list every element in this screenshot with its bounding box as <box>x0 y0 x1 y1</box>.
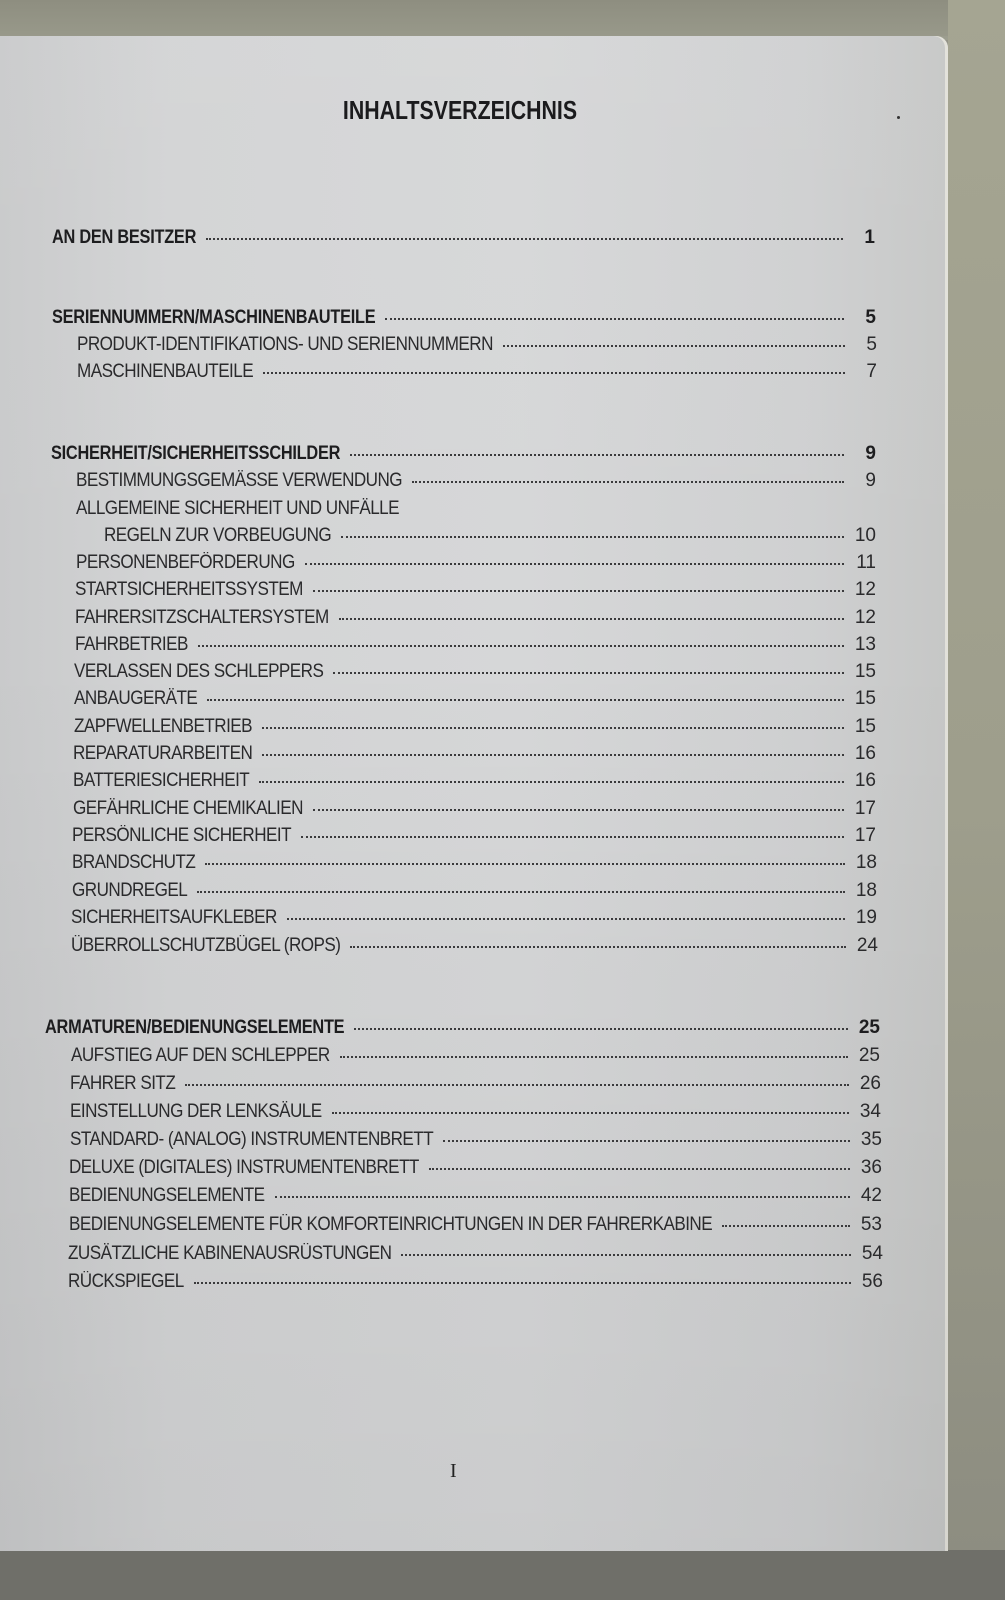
toc-entry[interactable]: REGELN ZUR VORBEUGUNG10 <box>104 524 876 548</box>
toc-section-entry[interactable]: ARMATUREN/BEDIENUNGSELEMENTE25 <box>45 1016 880 1040</box>
toc-entry-label: AN DEN BESITZER <box>52 226 196 250</box>
toc-page-number: 1 <box>851 226 875 250</box>
toc-entry-label: BATTERIESICHERHEIT <box>73 769 249 793</box>
toc-entry-label: ALLGEMEINE SICHERHEIT UND UNFÄLLE <box>76 497 399 521</box>
toc-page-number: 25 <box>856 1016 880 1040</box>
toc-entry[interactable]: PERSONENBEFÖRDERUNG11 <box>76 551 876 575</box>
toc-entry-label: ZUSÄTZLICHE KABINENAUSRÜSTUNGEN <box>68 1242 391 1266</box>
toc-page-number: 36 <box>858 1156 882 1180</box>
toc-entry-label: BEDIENUNGSELEMENTE <box>69 1184 265 1208</box>
toc-entry-label: GEFÄHRLICHE CHEMIKALIEN <box>73 797 303 821</box>
toc-page-number: 35 <box>858 1128 882 1152</box>
toc-entry-label: ZAPFWELLENBETRIEB <box>74 715 252 739</box>
toc-entry[interactable]: ÜBERROLLSCHUTZBÜGEL (ROPS)24 <box>71 934 878 958</box>
toc-page-number: 15 <box>852 715 876 739</box>
toc-page-number: 19 <box>853 906 877 930</box>
toc-entry[interactable]: FAHRBETRIEB13 <box>75 633 876 657</box>
toc-section-entry[interactable]: AN DEN BESITZER1 <box>52 226 875 250</box>
dot-leader <box>350 454 844 456</box>
toc-entry[interactable]: DELUXE (DIGITALES) INSTRUMENTENBRETT36 <box>69 1156 882 1180</box>
toc-entry-label: PERSÖNLICHE SICHERHEIT <box>72 824 291 848</box>
toc-page-number: 16 <box>852 742 876 766</box>
toc-page-number: 5 <box>852 306 876 330</box>
toc-entry-label: SERIENNUMMERN/MASCHINENBAUTEILE <box>52 306 375 330</box>
toc-entry-label: ARMATUREN/BEDIENUNGSELEMENTE <box>45 1016 344 1040</box>
dot-leader <box>275 1196 850 1198</box>
dot-leader <box>340 1056 848 1058</box>
toc-page-number: 17 <box>852 797 876 821</box>
toc-page-number: 34 <box>857 1100 881 1124</box>
toc-entry[interactable]: GRUNDREGEL18 <box>72 879 877 903</box>
toc-entry[interactable]: BEDIENUNGSELEMENTE FÜR KOMFORTEINRICHTUN… <box>69 1213 882 1237</box>
toc-entry-label: REPARATURARBEITEN <box>73 742 252 766</box>
toc-entry-label: BESTIMMUNGSGEMÄSSE VERWENDUNG <box>76 469 402 493</box>
toc-entry[interactable]: GEFÄHRLICHE CHEMIKALIEN17 <box>73 797 876 821</box>
dot-leader <box>185 1084 849 1086</box>
toc-entry-label: PERSONENBEFÖRDERUNG <box>76 551 295 575</box>
dot-leader <box>205 863 845 865</box>
dot-leader <box>198 645 844 647</box>
toc-entry-label: BRANDSCHUTZ <box>72 851 195 875</box>
toc-entry[interactable]: ANBAUGERÄTE15 <box>74 687 876 711</box>
toc-entry-label: ANBAUGERÄTE <box>74 687 197 711</box>
toc-page-number: 12 <box>852 578 876 602</box>
toc-entry-label: PRODUKT-IDENTIFIKATIONS- UND SERIENNUMME… <box>77 333 493 357</box>
toc-page-number: 42 <box>858 1184 882 1208</box>
page-title: INHALTSVERZEICHNIS <box>83 95 837 126</box>
toc-page-number: 11 <box>852 551 876 575</box>
toc-entry-label: AUFSTIEG AUF DEN SCHLEPPER <box>71 1044 330 1068</box>
dot-leader <box>287 918 845 920</box>
dot-leader <box>339 618 844 620</box>
document-page <box>0 36 948 1551</box>
toc-page-number: 26 <box>857 1072 881 1096</box>
toc-entry[interactable]: BESTIMMUNGSGEMÄSSE VERWENDUNG9 <box>76 469 876 493</box>
dot-leader <box>207 699 844 701</box>
toc-entry[interactable]: PRODUKT-IDENTIFIKATIONS- UND SERIENNUMME… <box>77 333 877 357</box>
toc-entry[interactable]: FAHRERSITZSCHALTERSYSTEM12 <box>75 606 876 630</box>
dot-leader <box>429 1168 850 1170</box>
toc-entry-label: BEDIENUNGSELEMENTE FÜR KOMFORTEINRICHTUN… <box>69 1213 712 1237</box>
toc-entry[interactable]: MASCHINENBAUTEILE7 <box>77 360 877 384</box>
toc-page-number: 9 <box>852 442 876 466</box>
toc-page-number: 24 <box>854 934 878 958</box>
toc-entry-label: ÜBERROLLSCHUTZBÜGEL (ROPS) <box>71 934 340 958</box>
toc-entry[interactable]: BATTERIESICHERHEIT16 <box>73 769 876 793</box>
toc-entry-label: FAHRERSITZSCHALTERSYSTEM <box>75 606 329 630</box>
toc-entry[interactable]: STANDARD- (ANALOG) INSTRUMENTENBRETT35 <box>70 1128 882 1152</box>
dot-leader <box>197 891 845 893</box>
dot-leader <box>333 672 844 674</box>
toc-entry[interactable]: RÜCKSPIEGEL56 <box>68 1270 883 1294</box>
dot-leader <box>401 1254 851 1256</box>
toc-page-number: 5 <box>853 333 877 357</box>
toc-page-number: 25 <box>856 1044 880 1068</box>
toc-page-number: 13 <box>852 633 876 657</box>
toc-entry-label: MASCHINENBAUTEILE <box>77 360 253 384</box>
dot-leader <box>259 781 844 783</box>
toc-entry[interactable]: ZAPFWELLENBETRIEB15 <box>74 715 876 739</box>
dot-leader <box>443 1140 850 1142</box>
toc-section-entry[interactable]: SERIENNUMMERN/MASCHINENBAUTEILE5 <box>52 306 876 330</box>
toc-entry-label: SICHERHEITSAUFKLEBER <box>71 906 277 930</box>
toc-entry-label: FAHRBETRIEB <box>75 633 188 657</box>
toc-page-number: 15 <box>852 687 876 711</box>
toc-entry-label: GRUNDREGEL <box>72 879 187 903</box>
dot-leader <box>194 1282 851 1284</box>
background-surface <box>0 0 1005 40</box>
toc-entry-label: VERLASSEN DES SCHLEPPERS <box>74 660 323 684</box>
toc-entry-label: SICHERHEIT/SICHERHEITSSCHILDER <box>51 442 340 466</box>
toc-page-number: 18 <box>853 851 877 875</box>
toc-section-entry[interactable]: SICHERHEIT/SICHERHEITSSCHILDER9 <box>51 442 876 466</box>
toc-entry[interactable]: ZUSÄTZLICHE KABINENAUSRÜSTUNGEN54 <box>68 1242 883 1266</box>
toc-entry[interactable]: AUFSTIEG AUF DEN SCHLEPPER25 <box>71 1044 880 1068</box>
toc-page-number: 12 <box>852 606 876 630</box>
toc-page-number: 18 <box>853 879 877 903</box>
toc-entry[interactable]: EINSTELLUNG DER LENKSÄULE34 <box>70 1100 881 1124</box>
background-surface-right <box>948 0 1005 1600</box>
dot-leader <box>262 727 844 729</box>
toc-entry[interactable]: BEDIENUNGSELEMENTE42 <box>69 1184 882 1208</box>
toc-entry[interactable]: STARTSICHERHEITSSYSTEM12 <box>75 578 876 602</box>
page-number-footer: I <box>450 1460 457 1483</box>
toc-page-number: 16 <box>852 769 876 793</box>
toc-entry-label: STANDARD- (ANALOG) INSTRUMENTENBRETT <box>70 1128 433 1152</box>
toc-page-number: 15 <box>852 660 876 684</box>
dot-leader <box>313 590 844 592</box>
toc-entry-label: DELUXE (DIGITALES) INSTRUMENTENBRETT <box>69 1156 419 1180</box>
dot-leader <box>263 372 845 374</box>
dot-leader <box>354 1028 848 1030</box>
toc-page-number: 7 <box>853 360 877 384</box>
toc-entry[interactable]: REPARATURARBEITEN16 <box>73 742 876 766</box>
toc-page-number: 10 <box>852 524 876 548</box>
dot-leader <box>313 809 844 811</box>
toc-entry-label: RÜCKSPIEGEL <box>68 1270 184 1294</box>
dot-leader <box>262 754 844 756</box>
toc-entry-label: REGELN ZUR VORBEUGUNG <box>104 524 331 548</box>
toc-entry[interactable]: BRANDSCHUTZ18 <box>72 851 877 875</box>
dot-leader <box>301 836 844 838</box>
toc-page-number: 56 <box>859 1270 883 1294</box>
dot-leader <box>503 345 845 347</box>
paper-speck <box>897 116 900 119</box>
dot-leader <box>332 1112 849 1114</box>
toc-page-number: 53 <box>858 1213 882 1237</box>
toc-page-number: 9 <box>852 469 876 493</box>
toc-entry-label: STARTSICHERHEITSSYSTEM <box>75 578 303 602</box>
background-surface-bottom <box>0 1550 1005 1600</box>
dot-leader <box>206 238 843 240</box>
toc-entry[interactable]: SICHERHEITSAUFKLEBER19 <box>71 906 877 930</box>
dot-leader <box>305 563 844 565</box>
dot-leader <box>341 536 844 538</box>
dot-leader <box>385 318 844 320</box>
toc-entry-label: FAHRER SITZ <box>70 1072 175 1096</box>
toc-entry[interactable]: PERSÖNLICHE SICHERHEIT17 <box>72 824 876 848</box>
toc-entry-label: EINSTELLUNG DER LENKSÄULE <box>70 1100 322 1124</box>
dot-leader <box>350 946 846 948</box>
toc-entry[interactable]: FAHRER SITZ26 <box>70 1072 881 1096</box>
toc-entry[interactable]: VERLASSEN DES SCHLEPPERS15 <box>74 660 876 684</box>
toc-page-number: 54 <box>859 1242 883 1266</box>
toc-page-number: 17 <box>852 824 876 848</box>
dot-leader <box>412 481 844 483</box>
toc-entry[interactable]: ALLGEMEINE SICHERHEIT UND UNFÄLLE <box>76 497 876 521</box>
dot-leader <box>722 1225 850 1227</box>
